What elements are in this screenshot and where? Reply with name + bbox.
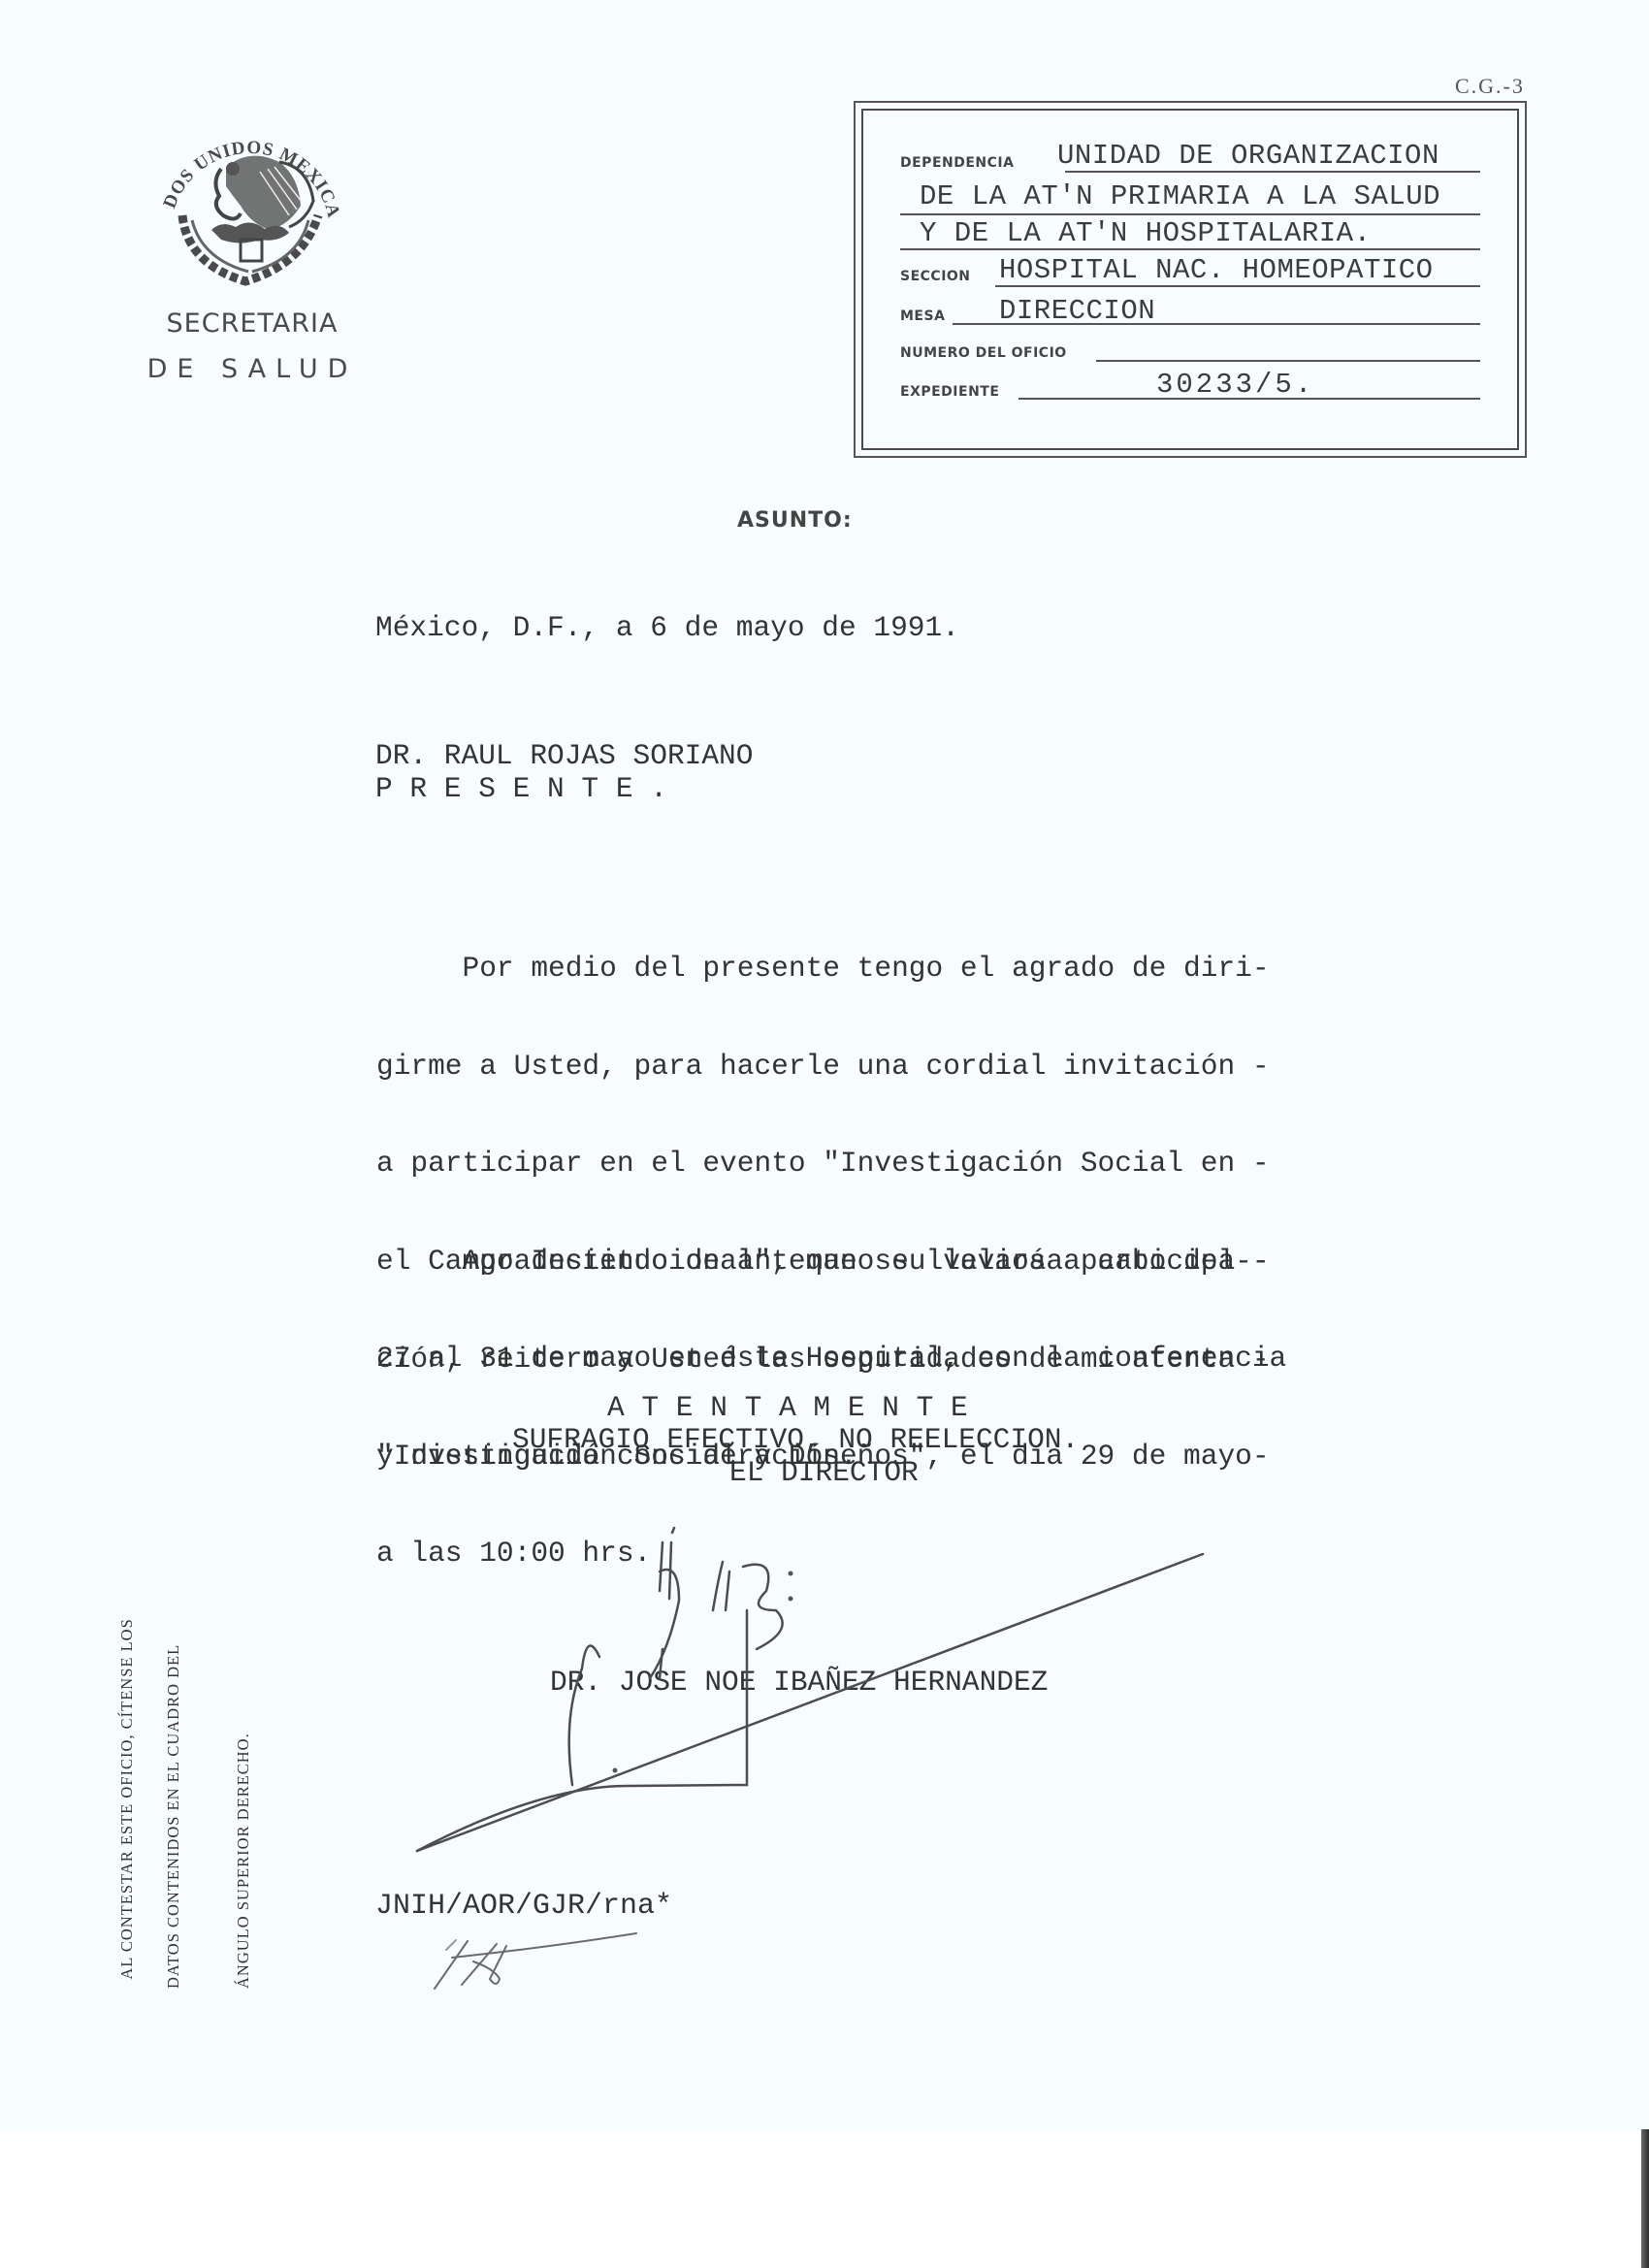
- side-note-line: ÁNGULO SUPERIOR DERECHO.: [232, 1562, 255, 1989]
- side-note-line: DATOS CONTENIDOS EN EL CUADRO DEL: [162, 1562, 185, 1989]
- side-note-instructions: AL CONTESTAR ESTE OFICIO, CÍTENSE LOS DA…: [92, 1562, 278, 1989]
- side-note-line: AL CONTESTAR ESTE OFICIO, CÍTENSE LOS: [117, 1618, 136, 1979]
